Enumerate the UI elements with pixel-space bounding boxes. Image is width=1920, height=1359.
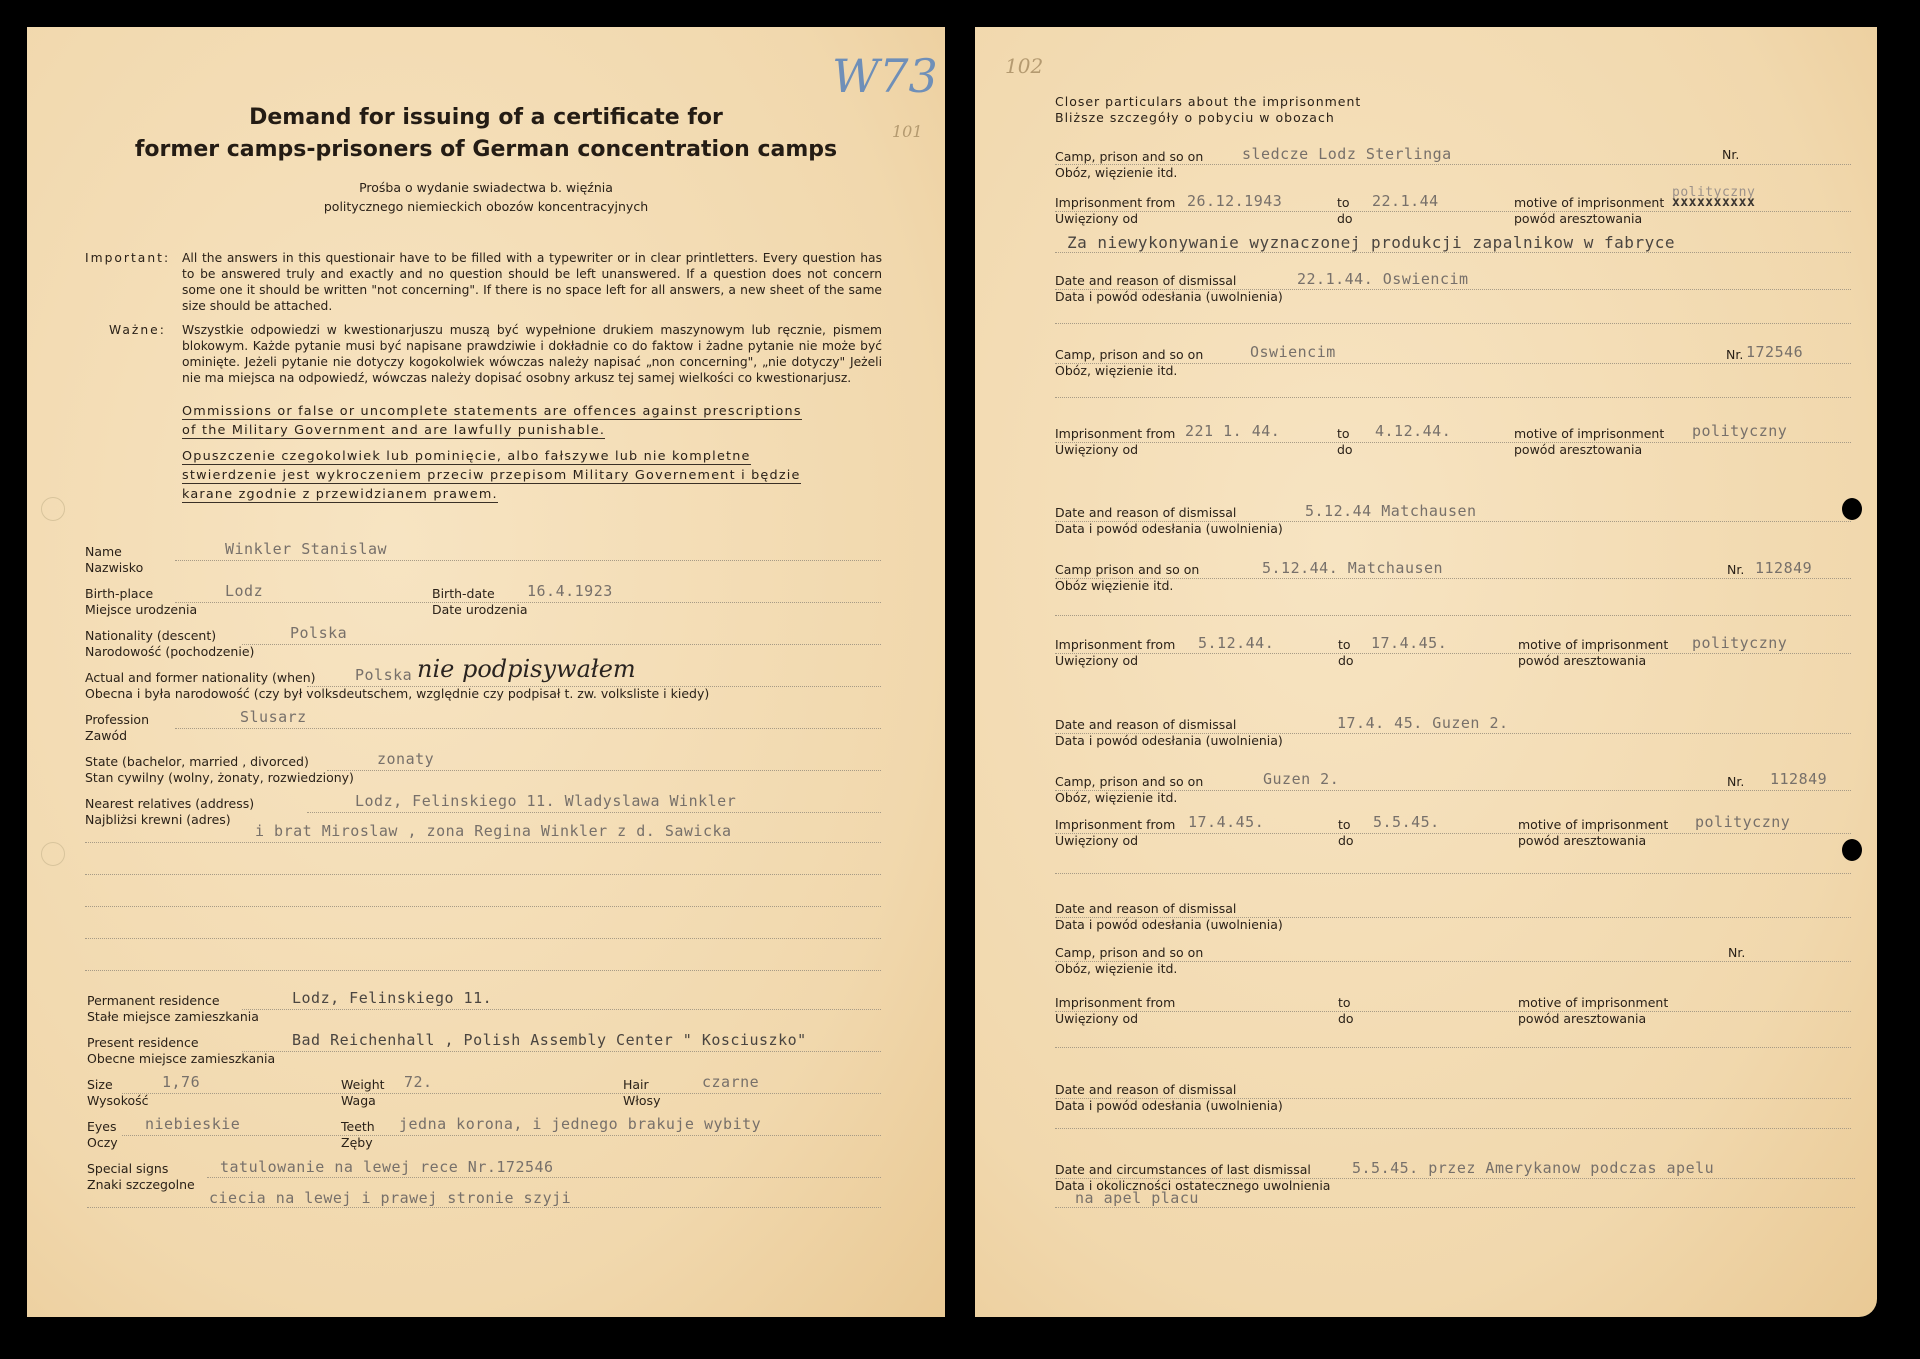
- to-value-3[interactable]: 17.4.45.: [1371, 634, 1447, 652]
- to-value-1[interactable]: 22.1.44: [1372, 192, 1439, 210]
- actual-nationality-label-en: Actual and former nationality (when): [85, 670, 316, 685]
- present-residence-value[interactable]: Bad Reichenhall , Polish Assembly Center…: [292, 1031, 807, 1049]
- camp-value-3[interactable]: 5.12.44. Matchausen: [1262, 559, 1443, 577]
- nr-label: Nr.: [1727, 774, 1744, 789]
- permanent-residence-label-en: Permanent residence: [87, 993, 220, 1008]
- handwritten-annotation: nie podpisywałem: [417, 655, 636, 683]
- size-value[interactable]: 1,76: [162, 1073, 200, 1091]
- warning-polish: Opuszczenie czegokolwiek lub pominięcie,…: [182, 447, 882, 504]
- birth-date-value[interactable]: 16.4.1923: [527, 582, 613, 600]
- birth-date-label-pl: Date urodzenia: [432, 602, 528, 617]
- dismissal-label-pl: Data i powód odesłania (uwolnienia): [1055, 733, 1283, 748]
- from-label-pl: Uwięziony od: [1055, 833, 1138, 848]
- eyes-value[interactable]: niebieskie: [145, 1115, 240, 1133]
- teeth-label-pl: Zęby: [341, 1135, 373, 1150]
- birth-place-label-en: Birth-place: [85, 586, 153, 601]
- relatives-value-line2[interactable]: i brat Miroslaw , zona Regina Winkler z …: [255, 822, 732, 840]
- dismissal-label-en: Date and reason of dismissal: [1055, 273, 1236, 288]
- camp-label-pl: Obóz, więzienie itd.: [1055, 790, 1177, 805]
- motive-label-en: motive of imprisonment: [1518, 817, 1668, 832]
- nr-label: Nr.: [1722, 147, 1739, 162]
- special-signs-value-line1[interactable]: tatulowanie na lewej rece Nr.172546: [220, 1158, 554, 1176]
- dismissal-label-en: Date and reason of dismissal: [1055, 505, 1236, 520]
- teeth-value[interactable]: jedna korona, i jednego brakuje wybity: [399, 1115, 761, 1133]
- present-residence-label-en: Present residence: [87, 1035, 199, 1050]
- from-label-pl: Uwięziony od: [1055, 1011, 1138, 1026]
- nr-value-2[interactable]: 172546: [1746, 343, 1803, 361]
- from-label-en: Imprisonment from: [1055, 995, 1175, 1010]
- actual-nationality-value[interactable]: Polska: [355, 666, 412, 684]
- permanent-residence-label-pl: Stałe miejsce zamieszkania: [87, 1009, 259, 1024]
- state-label-pl: Stan cywilny (wolny, żonaty, rozwiedzion…: [85, 770, 354, 785]
- to-label-pl: do: [1337, 442, 1353, 457]
- name-label-en: Name: [85, 544, 122, 559]
- motive-label-pl: powód aresztowania: [1518, 833, 1646, 848]
- left-page-form: W73 101 Demand for issuing of a certific…: [27, 27, 945, 1317]
- warning-english: Ommissions or false or uncomplete statem…: [182, 402, 882, 440]
- motive-label-en: motive of imprisonment: [1518, 637, 1668, 652]
- camp-label-pl: Obóz, więzienie itd.: [1055, 961, 1177, 976]
- present-residence-label-pl: Obecne miejsce zamieszkania: [87, 1051, 275, 1066]
- birth-place-label-pl: Miejsce urodzenia: [85, 602, 197, 617]
- hair-label-en: Hair: [623, 1077, 649, 1092]
- actual-nationality-label-pl: Obecna i była narodowość (czy był volksd…: [85, 686, 709, 701]
- motive-value-1[interactable]: xxxxxxxxxx: [1672, 195, 1755, 210]
- form-subtitle-line1: Prośba o wydanie swiadectwa b. więźnia: [27, 178, 945, 197]
- weight-label-pl: Waga: [341, 1093, 376, 1108]
- from-label-en: Imprisonment from: [1055, 426, 1175, 441]
- dismissal-label-pl: Data i powód odesłania (uwolnienia): [1055, 917, 1283, 932]
- size-label-en: Size: [87, 1077, 113, 1092]
- eyes-label-en: Eyes: [87, 1119, 117, 1134]
- teeth-label-en: Teeth: [341, 1119, 375, 1134]
- punch-hole-mark: [41, 842, 65, 866]
- to-label-en: to: [1338, 637, 1351, 652]
- camp-label-pl: Obóz, więzienie itd.: [1055, 363, 1177, 378]
- special-signs-label-en: Special signs: [87, 1161, 168, 1176]
- profession-value[interactable]: Slusarz: [240, 708, 307, 726]
- relatives-label-pl: Najbliżsi krewni (adres): [85, 812, 231, 827]
- to-label-pl: do: [1337, 211, 1353, 226]
- relatives-label-en: Nearest relatives (address): [85, 796, 254, 811]
- last-dismissal-label-en: Date and circumstances of last dismissal: [1055, 1162, 1311, 1177]
- name-label-pl: Nazwisko: [85, 560, 143, 575]
- important-label: Important:: [85, 250, 170, 266]
- motive-value-2[interactable]: polityczny: [1692, 422, 1787, 440]
- to-label-en: to: [1337, 195, 1350, 210]
- permanent-residence-value[interactable]: Lodz, Felinskiego 11.: [292, 989, 492, 1007]
- to-label-en: to: [1338, 817, 1351, 832]
- imprisonment-note[interactable]: Za niewykonywanie wyznaczonej produkcji …: [1067, 233, 1675, 252]
- form-title-line1: Demand for issuing of a certificate for: [27, 102, 945, 134]
- from-label-pl: Uwięziony od: [1055, 211, 1138, 226]
- camp-label-en: Camp prison and so on: [1055, 562, 1199, 577]
- nr-label: Nr.: [1727, 562, 1744, 577]
- punch-hole: [1842, 498, 1862, 520]
- last-dismissal-value-line2[interactable]: na apel placu: [1075, 1189, 1199, 1207]
- nr-value-3[interactable]: 112849: [1755, 559, 1812, 577]
- wazne-label: Ważne:: [109, 322, 166, 338]
- birth-date-label-en: Birth-date: [432, 586, 495, 601]
- state-value[interactable]: zonaty: [377, 750, 434, 768]
- nr-label: Nr.: [1728, 945, 1745, 960]
- punch-hole-mark: [41, 497, 65, 521]
- nr-value-4[interactable]: 112849: [1770, 770, 1827, 788]
- name-value[interactable]: Winkler Stanislaw: [225, 540, 387, 558]
- camp-label-en: Camp, prison and so on: [1055, 774, 1203, 789]
- camp-value-1[interactable]: sledcze Lodz Sterlinga: [1242, 145, 1452, 163]
- birth-place-value[interactable]: Lodz: [225, 582, 263, 600]
- motive-label-pl: powód aresztowania: [1514, 211, 1642, 226]
- dismissal-label-en: Date and reason of dismissal: [1055, 717, 1236, 732]
- from-label-en: Imprisonment from: [1055, 817, 1175, 832]
- nationality-value[interactable]: Polska: [290, 624, 347, 642]
- dismissal-label-pl: Data i powód odesłania (uwolnienia): [1055, 521, 1283, 536]
- dismissal-value-3[interactable]: 17.4. 45. Guzen 2.: [1337, 714, 1509, 732]
- punch-hole: [1842, 839, 1862, 861]
- weight-label-en: Weight: [341, 1077, 385, 1092]
- handwritten-mark: W73: [832, 49, 938, 103]
- section-heading-pl: Bliższe szczegóły o pobyciu w obozach: [1055, 110, 1335, 125]
- motive-label-pl: powód aresztowania: [1518, 1011, 1646, 1026]
- motive-label-pl: powód aresztowania: [1518, 653, 1646, 668]
- warning-pl-line2: stwierdzenie jest wykroczeniem przeciw p…: [182, 468, 801, 484]
- eyes-label-pl: Oczy: [87, 1135, 118, 1150]
- hair-label-pl: Włosy: [623, 1093, 660, 1108]
- nr-label: Nr.: [1726, 347, 1743, 362]
- nationality-label-en: Nationality (descent): [85, 628, 216, 643]
- motive-label-en: motive of imprisonment: [1514, 426, 1664, 441]
- from-label-pl: Uwięziony od: [1055, 653, 1138, 668]
- camp-label-pl: Obóz więzienie itd.: [1055, 578, 1173, 593]
- camp-label-en: Camp, prison and so on: [1055, 945, 1203, 960]
- motive-value-3[interactable]: polityczny: [1692, 634, 1787, 652]
- important-text: All the answers in this questionair have…: [182, 250, 882, 314]
- form-subtitle-line2: politycznego niemieckich obozów koncentr…: [27, 197, 945, 216]
- dismissal-label-pl: Data i powód odesłania (uwolnienia): [1055, 1098, 1283, 1113]
- to-label-pl: do: [1338, 1011, 1354, 1026]
- camp-label-en: Camp, prison and so on: [1055, 347, 1203, 362]
- dismissal-value-1[interactable]: 22.1.44. Oswiencim: [1297, 270, 1469, 288]
- camp-label-en: Camp, prison and so on: [1055, 149, 1203, 164]
- right-page-form: 102 Closer particulars about the impriso…: [975, 27, 1877, 1317]
- warning-pl-line1: Opuszczenie czegokolwiek lub pominięcie,…: [182, 449, 751, 465]
- warning-en-line2: of the Military Government and are lawfu…: [182, 423, 605, 439]
- camp-value-2[interactable]: Oswiencim: [1250, 343, 1336, 361]
- from-label-pl: Uwięziony od: [1055, 442, 1138, 457]
- size-label-pl: Wysokość: [87, 1093, 149, 1108]
- to-value-2[interactable]: 4.12.44.: [1375, 422, 1451, 440]
- motive-label-en: motive of imprisonment: [1514, 195, 1664, 210]
- motive-label-en: motive of imprisonment: [1518, 995, 1668, 1010]
- to-label-en: to: [1337, 426, 1350, 441]
- special-signs-label-pl: Znaki szczegolne: [87, 1177, 195, 1192]
- dismissal-label-en: Date and reason of dismissal: [1055, 901, 1236, 916]
- hair-value[interactable]: czarne: [702, 1073, 759, 1091]
- page-number: 102: [1005, 54, 1043, 78]
- dismissal-value-2[interactable]: 5.12.44 Matchausen: [1305, 502, 1477, 520]
- relatives-value-line1[interactable]: Lodz, Felinskiego 11. Wladyslawa Winkler: [355, 792, 736, 810]
- special-signs-value-line2[interactable]: ciecia na lewej i prawej stronie szyji: [209, 1189, 571, 1207]
- from-value-2[interactable]: 221 1. 44.: [1185, 422, 1280, 440]
- dismissal-label-pl: Data i powód odesłania (uwolnienia): [1055, 289, 1283, 304]
- to-label-pl: do: [1338, 653, 1354, 668]
- warning-en-line1: Ommissions or false or uncomplete statem…: [182, 404, 802, 420]
- nationality-label-pl: Narodowość (pochodzenie): [85, 644, 254, 659]
- state-label-en: State (bachelor, married , divorced): [85, 754, 309, 769]
- warning-pl-line3: karane zgodnie z przewidzianem prawem.: [182, 487, 498, 503]
- from-value-4[interactable]: 17.4.45.: [1188, 813, 1264, 831]
- from-value-3[interactable]: 5.12.44.: [1198, 634, 1274, 652]
- from-value-1[interactable]: 26.12.1943: [1187, 192, 1282, 210]
- motive-value-4[interactable]: polityczny: [1695, 813, 1790, 831]
- to-value-4[interactable]: 5.5.45.: [1373, 813, 1440, 831]
- profession-label-pl: Zawód: [85, 728, 127, 743]
- from-label-en: Imprisonment from: [1055, 195, 1175, 210]
- wazne-text: Wszystkie odpowiedzi w kwestionarjuszu m…: [182, 322, 882, 386]
- section-heading-en: Closer particulars about the imprisonmen…: [1055, 94, 1361, 109]
- camp-value-4[interactable]: Guzen 2.: [1263, 770, 1339, 788]
- last-dismissal-value-line1[interactable]: 5.5.45. przez Amerykanow podczas apelu: [1352, 1159, 1714, 1177]
- to-label-en: to: [1338, 995, 1351, 1010]
- motive-label-pl: powód aresztowania: [1514, 442, 1642, 457]
- dismissal-label-en: Date and reason of dismissal: [1055, 1082, 1236, 1097]
- profession-label-en: Profession: [85, 712, 149, 727]
- form-title-line2: former camps-prisoners of German concent…: [27, 134, 945, 166]
- from-label-en: Imprisonment from: [1055, 637, 1175, 652]
- to-label-pl: do: [1338, 833, 1354, 848]
- camp-label-pl: Obóz, więzienie itd.: [1055, 165, 1177, 180]
- weight-value[interactable]: 72.: [404, 1073, 433, 1091]
